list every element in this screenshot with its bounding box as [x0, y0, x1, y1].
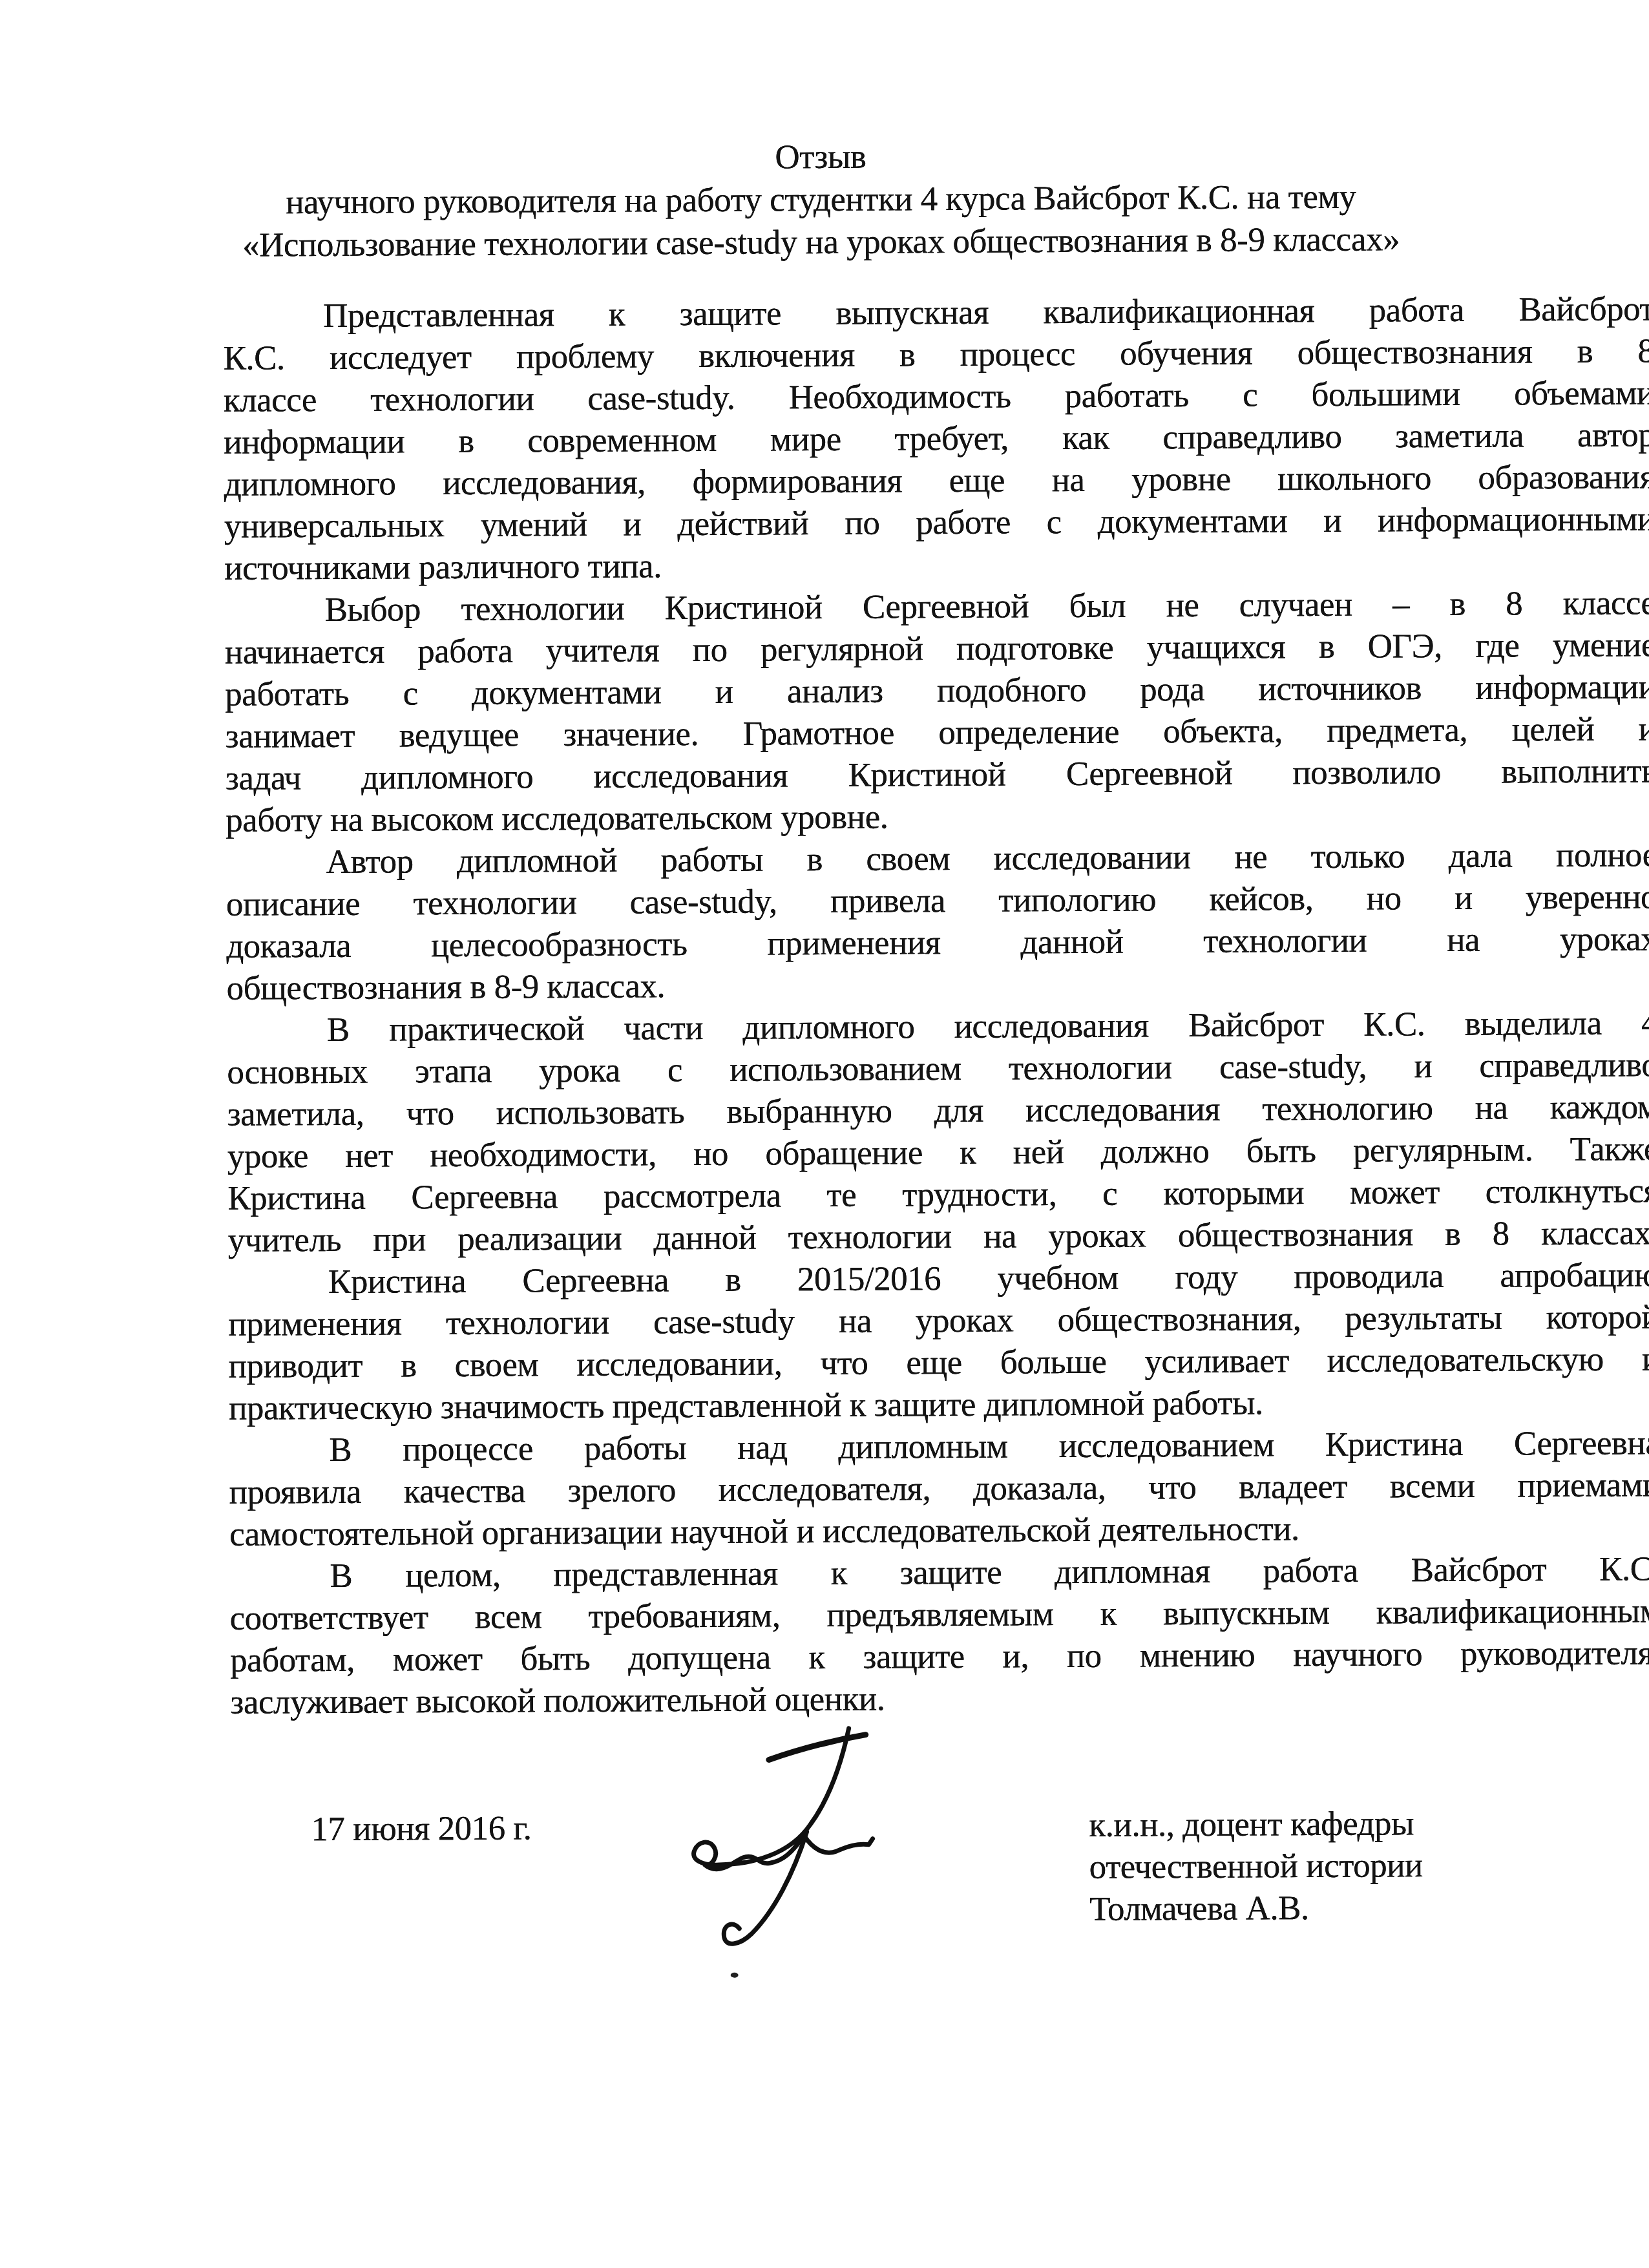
- body-line: классе технологии case-study. Необходимо…: [224, 372, 1649, 422]
- scan-ink-dot: [731, 1973, 739, 1978]
- body-line: начинается работа учителя по регулярной …: [225, 624, 1649, 674]
- body-line: универсальных умений и действий по работ…: [224, 498, 1649, 548]
- body-line: обществознания в 8-9 классах.: [226, 960, 1649, 1010]
- body-line: К.С. исследует проблему включения в проц…: [223, 330, 1649, 380]
- body-line: заслуживает высокой положительной оценки…: [230, 1674, 1649, 1724]
- body-line: занимает ведущее значение. Грамотное опр…: [225, 708, 1649, 758]
- body-line: В практической части дипломного исследов…: [227, 1002, 1649, 1052]
- body-line: Автор дипломной работы в своем исследова…: [226, 834, 1649, 884]
- body-line: соответствует всем требованиям, предъявл…: [230, 1590, 1649, 1640]
- signature-ink: [641, 1709, 888, 1962]
- body-line: проявила качества зрелого исследователя,…: [229, 1464, 1649, 1514]
- body-line: основных этапа урока с использованием те…: [227, 1044, 1649, 1094]
- body-line: применения технологии case-study на урок…: [228, 1296, 1649, 1346]
- signer-name: Толмачева А.В.: [1089, 1887, 1423, 1931]
- body-line: практическую значимость представленной к…: [229, 1380, 1649, 1430]
- signer-credentials: к.и.н., доцент кафедры отечественной ист…: [1089, 1803, 1423, 1931]
- document-title: Отзыв научного руководителя на работу ст…: [0, 131, 1646, 268]
- review-date: 17 июня 2016 г.: [311, 1807, 531, 1851]
- body-line: приводит в своем исследовании, что еще б…: [229, 1338, 1649, 1388]
- signer-degree: к.и.н., доцент кафедры: [1089, 1803, 1422, 1847]
- body-line: В целом, представленная к защите дипломн…: [229, 1548, 1649, 1598]
- body-line: работать с документами и анализ подобног…: [225, 666, 1649, 716]
- document-body: Представленная к защите выпускная квалиф…: [223, 288, 1649, 1724]
- body-line: описание технологии case-study, привела …: [226, 876, 1649, 926]
- body-line: информации в современном мире требует, к…: [224, 414, 1649, 464]
- body-line: учитель при реализации данной технологии…: [228, 1212, 1649, 1262]
- body-line: В процессе работы над дипломным исследов…: [229, 1422, 1649, 1472]
- document-page: Отзыв научного руководителя на работу ст…: [0, 0, 1649, 2268]
- title-line-3: «Использование технологии case-study на …: [0, 216, 1646, 268]
- body-line: задач дипломного исследования Кристиной …: [226, 750, 1649, 800]
- body-line: Кристина Сергеевна рассмотрела те трудно…: [227, 1170, 1649, 1220]
- body-line: работам, может быть допущена к защите и,…: [230, 1632, 1649, 1682]
- body-line: Представленная к защите выпускная квалиф…: [223, 288, 1649, 338]
- body-line: самостоятельной организации научной и ис…: [229, 1506, 1649, 1556]
- body-line: дипломного исследования, формирования ещ…: [224, 456, 1649, 506]
- body-line: уроке нет необходимости, но обращение к …: [227, 1128, 1649, 1178]
- body-line: источниками различного типа.: [224, 540, 1649, 590]
- body-line: Кристина Сергеевна в 2015/2016 учебном г…: [228, 1254, 1649, 1304]
- body-line: работу на высоком исследовательском уров…: [226, 792, 1649, 842]
- body-line: доказала целесообразность применения дан…: [226, 918, 1649, 968]
- signer-department: отечественной истории: [1089, 1845, 1423, 1889]
- body-line: Выбор технологии Кристиной Сергеевной бы…: [224, 582, 1649, 632]
- body-line: заметила, что использовать выбранную для…: [227, 1086, 1649, 1136]
